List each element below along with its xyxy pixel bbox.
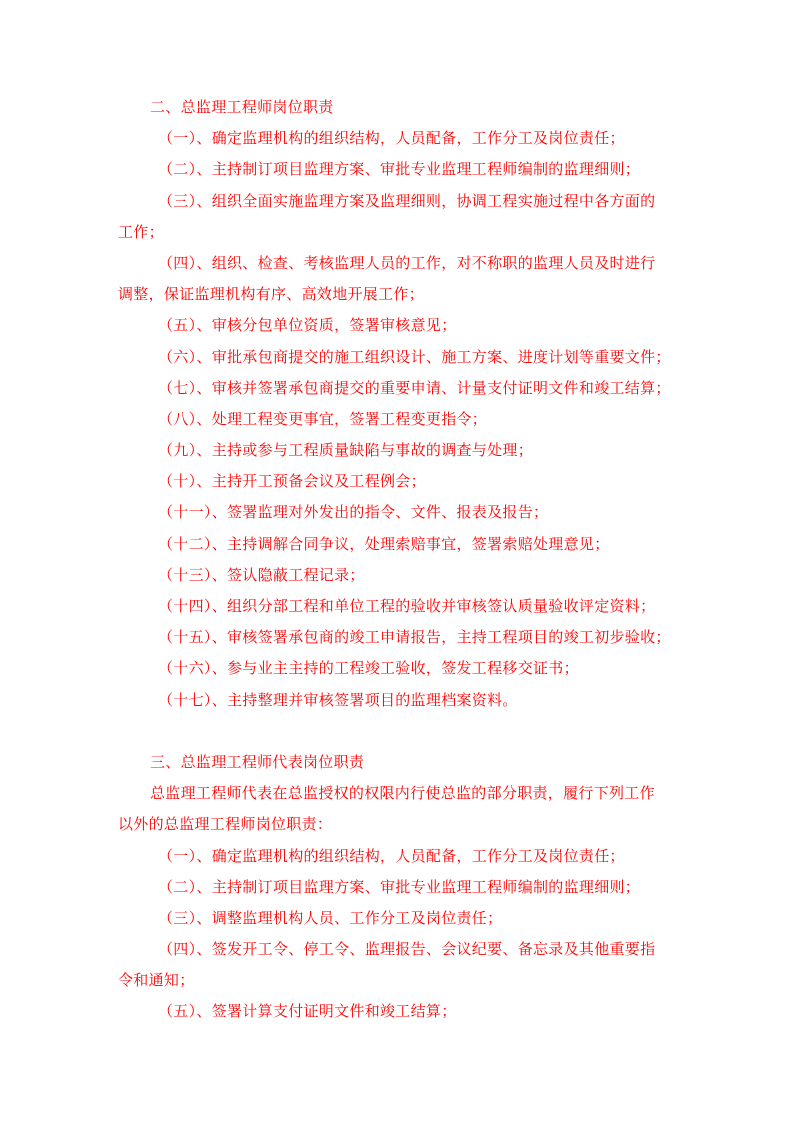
list-item: （九）、主持或参与工程质量缺陷与事故的调查与处理； [118,435,671,466]
list-item: （十六）、参与业主主持的工程竣工验收，签发工程移交证书； [118,653,671,684]
section-intro-continuation: 以外的总监理工程师岗位职责： [118,809,671,840]
list-item: （五）、签署计算支付证明文件和竣工结算； [118,996,671,1027]
list-item: （二）、主持制订项目监理方案、审批专业监理工程师编制的监理细则； [118,872,671,903]
section-intro: 总监理工程师代表在总监授权的权限内行使总监的部分职责，履行下列工作 [118,778,671,809]
list-item: （四）、签发开工令、停工令、监理报告、会议纪要、备忘录及其他重要指 [118,934,671,965]
list-item: （一）、确定监理机构的组织结构，人员配备，工作分工及岗位责任； [118,123,671,154]
list-item-continuation: 令和通知； [118,965,671,996]
document-page: 二、总监理工程师岗位职责 （一）、确定监理机构的组织结构，人员配备，工作分工及岗… [0,0,794,1123]
list-item-continuation: 工作； [118,217,671,248]
list-item: （二）、主持制订项目监理方案、审批专业监理工程师编制的监理细则； [118,154,671,185]
list-item: （一）、确定监理机构的组织结构，人员配备，工作分工及岗位责任； [118,841,671,872]
list-item: （八）、处理工程变更事宜，签署工程变更指令； [118,404,671,435]
list-item: （三）、调整监理机构人员、工作分工及岗位责任； [118,903,671,934]
list-item: （十）、主持开工预备会议及工程例会； [118,466,671,497]
list-item: （十一）、签署监理对外发出的指令、文件、报表及报告； [118,497,671,528]
list-item: （三）、组织全面实施监理方案及监理细则，协调工程实施过程中各方面的 [118,186,671,217]
list-item: （十二）、主持调解合同争议，处理索赔事宜，签署索赔处理意见； [118,529,671,560]
blank-line [118,716,671,747]
document-body: 二、总监理工程师岗位职责 （一）、确定监理机构的组织结构，人员配备，工作分工及岗… [118,92,671,1028]
list-item: （六）、审批承包商提交的施工组织设计、施工方案、进度计划等重要文件； [118,342,671,373]
section-heading-3: 三、总监理工程师代表岗位职责 [118,747,671,778]
list-item: （七）、审核并签署承包商提交的重要申请、计量支付证明文件和竣工结算； [118,373,671,404]
section-heading-2: 二、总监理工程师岗位职责 [118,92,671,123]
list-item: （十四）、组织分部工程和单位工程的验收并审核签认质量验收评定资料； [118,591,671,622]
list-item: （十三）、签认隐蔽工程记录； [118,560,671,591]
list-item: （四）、组织、检查、考核监理人员的工作，对不称职的监理人员及时进行 [118,248,671,279]
list-item: （五）、审核分包单位资质，签署审核意见； [118,310,671,341]
list-item: （十七）、主持整理并审核签署项目的监理档案资料。 [118,685,671,716]
list-item-continuation: 调整，保证监理机构有序、高效地开展工作； [118,279,671,310]
list-item: （十五）、审核签署承包商的竣工申请报告，主持工程项目的竣工初步验收； [118,622,671,653]
